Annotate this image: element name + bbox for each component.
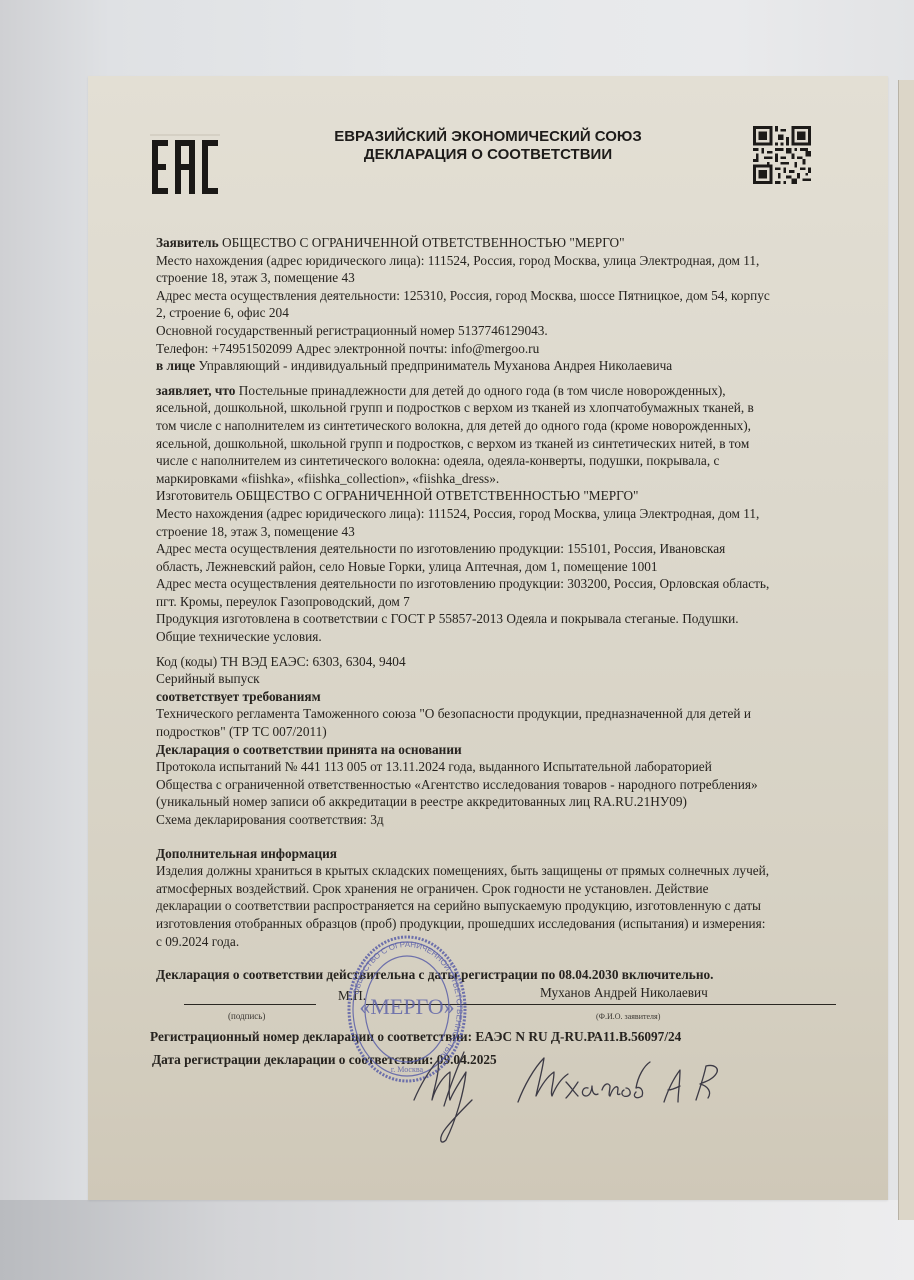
represented-label: в лице <box>156 358 195 373</box>
applicant-line: Заявитель ОБЩЕСТВО С ОГРАНИЧЕННОЙ ОТВЕТС… <box>156 234 836 252</box>
production-standard-cont: Общие технические условия. <box>156 628 836 646</box>
declaration-body: Заявитель ОБЩЕСТВО С ОГРАНИЧЕННОЙ ОТВЕТС… <box>156 234 836 1069</box>
registration-date: Дата регистрации декларации о соответств… <box>152 1051 836 1069</box>
product-description: ясельной, дошкольной, школьной групп и п… <box>156 399 836 417</box>
title-union: ЕВРАЗИЙСКИЙ ЭКОНОМИЧЕСКИЙ СОЮЗ <box>268 128 708 146</box>
represented-line: в лице Управляющий - индивидуальный пред… <box>156 357 836 375</box>
production-address-1-cont: область, Лежневский район, село Новые Го… <box>156 558 836 576</box>
additional-info-text: атмосферных воздействий. Срок хранения н… <box>156 880 836 898</box>
eac-logo-icon <box>150 134 220 196</box>
product-description: числе с наполнителем из синтетического в… <box>156 452 836 470</box>
tn-ved-codes: Код (коды) ТН ВЭД ЕАЭС: 6303, 6304, 9404 <box>156 653 836 671</box>
applicant-ogrn: Основной государственный регистрационный… <box>156 322 836 340</box>
seal-label: М.П. <box>338 987 366 1005</box>
additional-info-text: декларации о соответствии распространяет… <box>156 897 836 915</box>
signer-name: Муханов Андрей Николаевич <box>540 984 708 1002</box>
signer-name-line <box>366 1004 836 1005</box>
manufacturer-line: Изготовитель ОБЩЕСТВО С ОГРАНИЧЕННОЙ ОТВ… <box>156 487 836 505</box>
signature-row: (подпись) М.П. Муханов Андрей Николаевич… <box>156 984 836 1028</box>
signer-caption: (Ф.И.О. заявителя) <box>596 1008 660 1026</box>
applicant-activity-address-cont: 2, строение 6, офис 204 <box>156 304 836 322</box>
declaration-document: ЕВРАЗИЙСКИЙ ЭКОНОМИЧЕСКИЙ СОЮЗ ДЕКЛАРАЦИ… <box>88 76 888 1200</box>
technical-regulation-cont: подростков" (ТР ТС 007/2011) <box>156 723 836 741</box>
additional-info-heading: Дополнительная информация <box>156 846 337 861</box>
applicant-legal-address: Место нахождения (адрес юридического лиц… <box>156 252 836 270</box>
declares-label: заявляет, что <box>156 383 235 398</box>
document-title: ЕВРАЗИЙСКИЙ ЭКОНОМИЧЕСКИЙ СОЮЗ ДЕКЛАРАЦИ… <box>268 128 708 164</box>
validity-statement: Декларация о соответствии действительна … <box>156 966 836 984</box>
production-address-2: Адрес места осуществления деятельности п… <box>156 575 836 593</box>
declaration-scheme: Схема декларирования соответствия: 3д <box>156 811 836 829</box>
product-markings: маркировками «fiishka», «fiishka_collect… <box>156 470 836 488</box>
product-description: ясельной, дошкольной, школьной групп и п… <box>156 435 836 453</box>
manufacturer-legal-address-cont: строение 18, этаж 3, помещение 43 <box>156 523 836 541</box>
adjacent-sheet-edge <box>898 80 914 1220</box>
applicant-name: ОБЩЕСТВО С ОГРАНИЧЕННОЙ ОТВЕТСТВЕННОСТЬЮ… <box>222 235 625 250</box>
applicant-label: Заявитель <box>156 235 219 250</box>
applicant-contacts: Телефон: +74951502099 Адрес электронной … <box>156 340 836 358</box>
qr-code-icon <box>753 126 811 184</box>
accreditation-number: (уникальный номер записи об аккредитации… <box>156 793 836 811</box>
production-address-1: Адрес места осуществления деятельности п… <box>156 540 836 558</box>
represented-by: Управляющий - индивидуальный предпринима… <box>199 358 673 373</box>
applicant-legal-address-cont: строение 18, этаж 3, помещение 43 <box>156 269 836 287</box>
registration-number: Регистрационный номер декларации о соотв… <box>150 1028 836 1046</box>
manufacturer-legal-address: Место нахождения (адрес юридического лиц… <box>156 505 836 523</box>
test-laboratory: Общества с ограниченной ответственностью… <box>156 776 836 794</box>
table-surface <box>0 1200 914 1280</box>
production-standard: Продукция изготовлена в соответствии с Г… <box>156 610 836 628</box>
product-description: том числе с наполнителем из синтетическо… <box>156 417 836 435</box>
technical-regulation: Технического регламента Таможенного союз… <box>156 705 836 723</box>
title-declaration: ДЕКЛАРАЦИЯ О СООТВЕТСТВИИ <box>268 146 708 164</box>
compliance-heading: соответствует требованиям <box>156 689 321 704</box>
applicant-activity-address: Адрес места осуществления деятельности: … <box>156 287 836 305</box>
additional-info-text: Изделия должны храниться в крытых складс… <box>156 862 836 880</box>
declares-line: заявляет, что Постельные принадлежности … <box>156 382 836 400</box>
additional-info-text: изготовления отобранных образцов (проб) … <box>156 915 836 933</box>
signature-caption: (подпись) <box>228 1008 265 1026</box>
production-address-2-cont: пгт. Кромы, переулок Газопроводский, дом… <box>156 593 836 611</box>
signature-line <box>184 1004 316 1005</box>
additional-info-text: с 09.2024 года. <box>156 933 836 951</box>
product-description: Постельные принадлежности для детей до о… <box>239 383 726 398</box>
basis-heading: Декларация о соответствии принята на осн… <box>156 742 462 757</box>
release-type: Серийный выпуск <box>156 670 836 688</box>
test-protocol: Протокола испытаний № 441 113 005 от 13.… <box>156 758 836 776</box>
